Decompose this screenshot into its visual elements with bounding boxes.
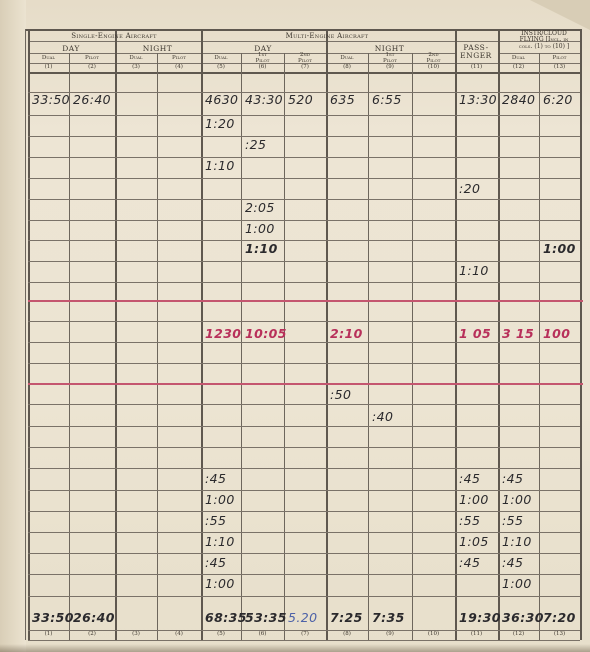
row-rule-13 [28,404,580,405]
column-label-4: Pilot [157,56,201,62]
column-rule-4 [201,29,203,640]
page-bottom-shadow [0,644,590,652]
entry-b-1-col-8: :50 [330,387,351,402]
red-subtotal-col-5: 1230 [205,326,241,341]
column-rule-7 [326,29,328,640]
column-number-1: (1) [28,65,69,71]
column-rule-10 [455,29,457,640]
footer-column-number-8: (8) [326,632,368,638]
column-number-8: (8) [326,65,368,71]
row-rule-16 [28,468,580,469]
column-number-2: (2) [69,65,115,71]
entry-c-2-col-12: 1:00 [502,492,532,507]
row-rule-20 [28,553,580,554]
entry-c-4-col-5: 1:10 [205,534,235,549]
brought-forward-col-13: 6:20 [543,92,573,107]
entry-c-6-col-5: 1:00 [205,576,235,591]
entry-b-2-col-9: :40 [372,409,393,424]
brought-forward-col-1: 33:50 [32,92,70,107]
column-label-5: Dual [201,56,241,62]
entry-7-col-6: 1:10 [245,241,278,256]
entry-c-2-col-5: 1:00 [205,492,235,507]
column-label-2: Pilot [69,56,115,62]
row-rule-14 [28,426,580,427]
column-rule-1 [69,53,70,640]
column-number-3: (3) [115,65,157,71]
footer-column-number-9: (9) [368,632,412,638]
entry-3-col-5: 1:10 [205,158,235,173]
row-rule-4 [28,178,580,179]
red-subtotal-col-6: 10:05 [245,326,287,341]
red-rule-subtotal-bottom [28,383,583,385]
header-se-night: NIGHT [115,45,200,53]
row-rule-10 [28,321,580,322]
brought-forward-col-7: 520 [288,92,313,107]
footer-column-number-5: (5) [201,632,241,638]
total-col-11: 19:30 [459,610,501,625]
entry-c-1-col-11: :45 [459,471,480,486]
footer-column-number-12: (12) [498,632,539,638]
header-se-day: DAY [28,45,114,53]
column-label-8: Dual [326,56,368,62]
brought-forward-col-5: 4630 [205,92,238,107]
footer-column-number-10: (10) [412,632,455,638]
header-instr-cloud: INSTR/CLOUD FLYING [Incl. in cols. (1) t… [498,31,590,50]
column-rule-12 [539,53,540,640]
red-subtotal-col-11: 1 05 [459,326,491,341]
entry-1-col-5: 1:20 [205,116,235,131]
column-rule-0 [28,29,30,640]
entry-c-5-col-11: :45 [459,555,480,570]
total-col-12: 36:30 [502,610,544,625]
column-rule-13 [580,29,582,640]
row-rule-2 [28,136,580,137]
brought-forward-col-9: 6:55 [372,92,402,107]
column-number-13: (13) [539,65,580,71]
entry-c-3-col-11: :55 [459,513,480,528]
row-rule-3 [28,157,580,158]
column-number-10: (10) [412,65,455,71]
entry-7-col-13: 1:00 [543,241,576,256]
total-col-9: 7:35 [372,610,405,625]
column-number-5: (5) [201,65,241,71]
entry-5-col-6: 2:05 [245,200,275,215]
footer-column-number-7: (7) [284,632,326,638]
header-multi-engine: Multi-Engine Aircraft [201,33,453,40]
row-rule-5 [28,199,580,200]
row-rule-18 [28,511,580,512]
footer-column-number-2: (2) [69,632,115,638]
total-col-5: 68:35 [205,610,247,625]
footer-column-number-13: (13) [539,632,580,638]
column-number-9: (9) [368,65,412,71]
entry-c-5-col-12: :45 [502,555,523,570]
column-label-6: 1st Pilot [241,53,284,65]
red-subtotal-col-8: 2:10 [330,326,363,341]
entry-c-4-col-12: 1:10 [502,534,532,549]
row-rule-1 [28,115,580,116]
entry-c-3-col-5: :55 [205,513,226,528]
row-rule-19 [28,532,580,533]
total-col-6: 53:35 [245,610,287,625]
entry-c-1-col-5: :45 [205,471,226,486]
margin-rule [25,29,26,640]
row-rule-7 [28,240,580,241]
red-rule-subtotal-top [28,300,583,302]
column-rule-5 [241,53,242,640]
row-rule-8 [28,261,580,262]
column-label-9: 1st Pilot [368,53,412,65]
row-rule-15 [28,447,580,448]
footer-column-number-1: (1) [28,632,69,638]
red-subtotal-col-12: 3 15 [502,326,534,341]
entry-8-col-11: 1:10 [459,263,489,278]
total-col-1: 33:50 [32,610,74,625]
footer-column-number-6: (6) [241,632,284,638]
column-rule-6 [284,53,285,640]
brought-forward-col-11: 13:30 [459,92,497,107]
entry-c-2-col-11: 1:00 [459,492,489,507]
brought-forward-col-8: 635 [330,92,355,107]
column-number-11: (11) [455,65,498,71]
column-rule-3 [157,53,158,640]
footer-bottom-rule [28,640,580,641]
entry-6-col-6: 1:00 [245,221,275,236]
total-col-13: 7:20 [543,610,576,625]
column-rule-8 [368,53,369,640]
row-rule-9 [28,282,580,283]
footer-column-number-3: (3) [115,632,157,638]
red-subtotal-col-13: 100 [543,326,570,341]
entry-2-col-6: :25 [245,137,266,152]
total-col-7: 5.20 [288,610,317,625]
header-single-engine: Single-Engine Aircraft [28,33,200,40]
column-number-7: (7) [284,65,326,71]
footer-column-number-4: (4) [157,632,201,638]
column-rule-2 [115,29,117,640]
entry-c-4-col-11: 1:05 [459,534,489,549]
entry-c-6-col-12: 1:00 [502,576,532,591]
entry-4-col-11: :20 [459,181,480,196]
entry-c-5-col-5: :45 [205,555,226,570]
column-label-13: Pilot [539,56,580,62]
column-number-6: (6) [241,65,284,71]
column-label-1: Dual [28,56,69,62]
column-label-10: 2nd Pilot [412,53,455,65]
brought-forward-col-2: 26:40 [73,92,111,107]
row-rule-21 [28,574,580,575]
column-label-12: Dual [498,56,539,62]
header-passenger: PASS- ENGER [455,44,497,60]
entry-c-1-col-12: :45 [502,471,523,486]
brought-forward-col-12: 2840 [502,92,535,107]
column-rule-9 [412,53,413,640]
logbook-page: Single-Engine Aircraft Multi-Engine Airc… [0,0,590,652]
row-rule-6 [28,220,580,221]
row-rule-17 [28,490,580,491]
column-label-7: 2nd Pilot [284,53,326,65]
column-rule-11 [498,29,500,640]
row-rule-11 [28,342,580,343]
entry-c-3-col-12: :55 [502,513,523,528]
total-col-2: 26:40 [73,610,115,625]
total-col-8: 7:25 [330,610,363,625]
footer-column-number-11: (11) [455,632,498,638]
row-rule-22 [28,596,580,597]
column-number-12: (12) [498,65,539,71]
brought-forward-col-6: 43:30 [245,92,283,107]
column-label-3: Dual [115,56,157,62]
row-rule-12 [28,363,580,364]
column-number-4: (4) [157,65,201,71]
